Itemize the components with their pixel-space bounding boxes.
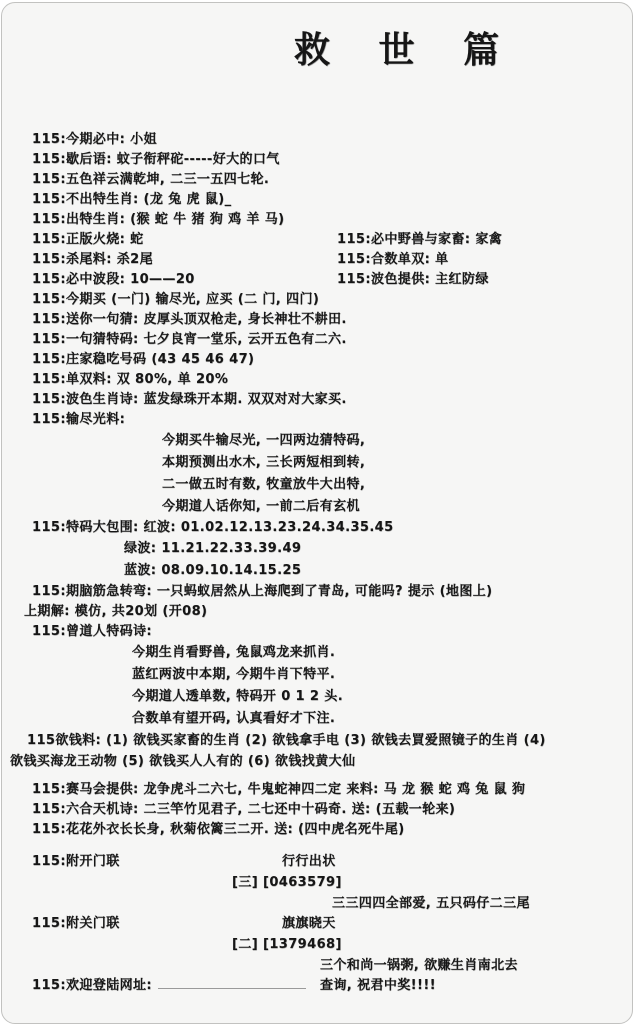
issue-number: 115: bbox=[32, 852, 66, 872]
issue-number: 115: bbox=[32, 330, 66, 350]
website-url-blank bbox=[158, 976, 306, 989]
close-couplet-code: [二] [1379468] bbox=[232, 934, 632, 955]
issue-number: 115: bbox=[337, 250, 371, 270]
line-clouds-verse: 115:五色祥云满乾坤, 二三一五四七轮. bbox=[32, 170, 632, 190]
line-text: 歇后语: 蚊子衔秤砣-----好大的口气 bbox=[66, 152, 280, 167]
issue-number: 115: bbox=[32, 130, 66, 150]
line-text: 必中波段: 10——20 bbox=[66, 272, 195, 287]
line-wave-zodiac-verse: 115:波色生肖诗: 蓝发绿珠开本期. 双双对对大家买. bbox=[32, 390, 632, 410]
issue-number: 115: bbox=[32, 190, 66, 210]
poem-line: 蓝红两波中本期, 今期牛肖下特平. bbox=[132, 664, 632, 686]
line-special-zodiac: 115:出特生肖: (猴 蛇 牛 猪 狗 鸡 羊 马) bbox=[32, 210, 632, 230]
website-suffix: 查询, 祝君中奖!!!! bbox=[320, 978, 436, 993]
scanned-lottery-sheet: 救 世 篇 115:今期必中: 小姐 115:歇后语: 蚊子衔秤砣-----好大… bbox=[1, 2, 633, 1024]
issue-number: 115: bbox=[32, 390, 66, 410]
issue-number: 115: bbox=[32, 780, 66, 800]
issue-number: 115: bbox=[32, 582, 66, 602]
issue-number: 115: bbox=[32, 518, 66, 538]
line-tianji-verse: 115:六合天机诗: 二三竿竹见君子, 二七还中十码奇. 送: (五载一轮来) bbox=[32, 800, 632, 820]
green-wave-numbers: 绿波: 11.21.22.33.39.49 bbox=[124, 538, 632, 560]
poem-line: 今期道人话你知, 一前二后有玄机 bbox=[162, 496, 632, 518]
line-text: 波色生肖诗: 蓝发绿珠开本期. 双双对对大家买. bbox=[66, 392, 347, 407]
issue-number: 115: bbox=[337, 230, 371, 250]
line-text: 今期必中: 小姐 bbox=[66, 132, 157, 147]
right-column: 115:必中野兽与家畜: 家禽 bbox=[337, 230, 502, 250]
line-text: 六合天机诗: 二三竿竹见君子, 二七还中十码奇. 送: (五载一轮来) bbox=[66, 802, 455, 817]
couplet-phrase: 行行出状 bbox=[282, 852, 336, 872]
website-label: 欢迎登陆网址: bbox=[66, 978, 152, 993]
line-jockey-club: 115:赛马会提供: 龙争虎斗二六七, 牛鬼蛇神四二定 来料: 马 龙 猴 蛇 … bbox=[32, 780, 632, 800]
issue-number: 115: bbox=[32, 410, 66, 430]
line-text: 曾道人特码诗: bbox=[66, 624, 152, 639]
issue-number: 115: bbox=[32, 230, 66, 250]
close-couplet-line: 三个和尚一锅粥, 欲赚生肖南北去 bbox=[320, 955, 632, 976]
line-text: 不出特生肖: (龙 兔 虎 鼠)_ bbox=[66, 192, 232, 207]
line-text: 杀尾料: 杀2尾 bbox=[66, 252, 153, 267]
poem-line: 本期预测出水木, 三长两短相到转, bbox=[162, 452, 632, 474]
right-column: 115:合数单双: 单 bbox=[337, 250, 449, 270]
open-couplet-line: 三三四四全部爱, 五只码仔二三尾 bbox=[332, 893, 632, 914]
website-line: 115:欢迎登陆网址:查询, 祝君中奖!!!! bbox=[32, 976, 632, 996]
blue-wave-numbers: 蓝波: 08.09.10.14.15.25 bbox=[124, 560, 632, 582]
issue-number: 115: bbox=[32, 820, 66, 840]
poem-line: 合数单有望开码, 认真看好才下注. bbox=[132, 708, 632, 730]
page-title: 救 世 篇 bbox=[294, 29, 632, 72]
line-text: 五色祥云满乾坤, 二三一五四七轮. bbox=[66, 172, 269, 187]
issue-number: 115: bbox=[32, 210, 66, 230]
line-text: 庄家稳吃号码 (43 45 46 47) bbox=[66, 352, 254, 367]
line-text: 赛马会提供: 龙争虎斗二六七, 牛鬼蛇神四二定 来料: 马 龙 猴 蛇 鸡 兔 … bbox=[66, 782, 525, 797]
zengdaoren-poem: 今期生肖看野兽, 兔鼠鸡龙来抓肖. 蓝红两波中本期, 今期牛肖下特平. 今期道人… bbox=[2, 642, 632, 730]
line-text: 合数单双: 单 bbox=[371, 252, 449, 267]
line-brain-teaser: 115:期脑筋急转弯: 一只蚂蚁居然从上海爬到了青岛, 可能吗? 提示 (地图上… bbox=[32, 582, 632, 602]
issue-number: 115: bbox=[337, 270, 371, 290]
couplet-label: 附关门联 bbox=[66, 916, 120, 931]
line-kill-tail-and-parity: 115:杀尾料: 杀2尾 115:合数单双: 单 bbox=[32, 250, 632, 270]
issue-number: 115: bbox=[32, 270, 66, 290]
issue-number: 115: bbox=[32, 370, 66, 390]
line-text: 特码大包围: 红波: 01.02.12.13.23.24.34.35.45 bbox=[66, 520, 394, 535]
previous-answer: 上期解: 模仿, 共20划 (开08) bbox=[24, 602, 632, 622]
line-xiehouyu: 115:歇后语: 蚊子衔秤砣-----好大的口气 bbox=[32, 150, 632, 170]
line-zengdaoren-header: 115:曾道人特码诗: bbox=[32, 622, 632, 642]
open-couplet-code: [三] [0463579] bbox=[232, 872, 632, 893]
line-text: 送你一句猜: 皮厚头顶双枪走, 身长神壮不耕田. bbox=[66, 312, 347, 327]
line-odd-even: 115:单双料: 双 80%, 单 20% bbox=[32, 370, 632, 390]
poem-line: 二一做五时有数, 牧童放牛大出特, bbox=[162, 474, 632, 496]
line-text: 花花外衣长长身, 秋菊依篱三二开. 送: (四中虎名死牛尾) bbox=[66, 822, 405, 837]
close-couplet-header: 115:附关门联 旗旗晓天 bbox=[32, 914, 632, 934]
money-clues-line1: 115欲钱料: (1) 欲钱买家畜的生肖 (2) 欲钱拿手电 (3) 欲钱去買爱… bbox=[27, 730, 632, 751]
line-riddle-hint: 115:送你一句猜: 皮厚头顶双枪走, 身长神壮不耕田. bbox=[32, 310, 632, 330]
right-column: 115:波色提供: 主红防绿 bbox=[337, 270, 489, 290]
line-text: 出特生肖: (猴 蛇 牛 猪 狗 鸡 羊 马) bbox=[66, 212, 285, 227]
couplet-label: 附开门联 bbox=[66, 854, 120, 869]
line-fire-and-beast: 115:正版火烧: 蛇 115:必中野兽与家畜: 家禽 bbox=[32, 230, 632, 250]
line-must-hit: 115:今期必中: 小姐 bbox=[32, 130, 632, 150]
line-flower-verse: 115:花花外衣长长身, 秋菊依篱三二开. 送: (四中虎名死牛尾) bbox=[32, 820, 632, 840]
line-wave-range-and-color: 115:必中波段: 10——20 115:波色提供: 主红防绿 bbox=[32, 270, 632, 290]
issue-number: 115: bbox=[32, 170, 66, 190]
sheet-body: 115:今期必中: 小姐 115:歇后语: 蚊子衔秤砣-----好大的口气 11… bbox=[2, 130, 632, 996]
line-text: 今期买 (一门) 输尽光, 应买 (二 门, 四门) bbox=[66, 292, 319, 307]
issue-number: 115: bbox=[32, 350, 66, 370]
issue-number: 115: bbox=[32, 290, 66, 310]
issue-number: 115: bbox=[32, 976, 66, 996]
line-text: 必中野兽与家畜: 家禽 bbox=[371, 232, 502, 247]
poem-line: 今期生肖看野兽, 兔鼠鸡龙来抓肖. bbox=[132, 642, 632, 664]
line-excluded-zodiac: 115:不出特生肖: (龙 兔 虎 鼠)_ bbox=[32, 190, 632, 210]
line-text: 输尽光料: bbox=[66, 412, 125, 427]
issue-number: 115: bbox=[32, 622, 66, 642]
line-text: 单双料: 双 80%, 单 20% bbox=[66, 372, 228, 387]
line-text: 期脑筋急转弯: 一只蚂蚁居然从上海爬到了青岛, 可能吗? 提示 (地图上) bbox=[66, 584, 492, 599]
shujinguang-poem: 今期买牛输尽光, 一四两边猜特码, 本期预测出水木, 三长两短相到转, 二一做五… bbox=[2, 430, 632, 518]
poem-line: 今期买牛输尽光, 一四两边猜特码, bbox=[162, 430, 632, 452]
open-couplet-header: 115:附开门联 行行出状 bbox=[32, 852, 632, 872]
poem-line: 今期道人透单数, 特码开 0 1 2 头. bbox=[132, 686, 632, 708]
line-special-code-verse: 115:一句猜特码: 七夕良宵一堂乐, 云开五色有二六. bbox=[32, 330, 632, 350]
money-clues-line2: 欲钱买海龙王动物 (5) 欲钱买人人有的 (6) 欲钱找黄大仙 bbox=[10, 751, 632, 772]
line-text: 一句猜特码: 七夕良宵一堂乐, 云开五色有二六. bbox=[66, 332, 347, 347]
line-text: 波色提供: 主红防绿 bbox=[371, 272, 489, 287]
issue-number: 115: bbox=[32, 914, 66, 934]
issue-number: 115: bbox=[32, 150, 66, 170]
line-big-surround-red: 115:特码大包围: 红波: 01.02.12.13.23.24.34.35.4… bbox=[32, 518, 632, 538]
line-text: 正版火烧: 蛇 bbox=[66, 232, 144, 247]
line-gates: 115:今期买 (一门) 输尽光, 应买 (二 门, 四门) bbox=[32, 290, 632, 310]
issue-number: 115: bbox=[32, 310, 66, 330]
line-shujinguang-header: 115:输尽光料: bbox=[32, 410, 632, 430]
couplet-phrase: 旗旗晓天 bbox=[282, 914, 336, 934]
line-banker-numbers: 115:庄家稳吃号码 (43 45 46 47) bbox=[32, 350, 632, 370]
issue-number: 115: bbox=[32, 800, 66, 820]
issue-number: 115: bbox=[32, 250, 66, 270]
